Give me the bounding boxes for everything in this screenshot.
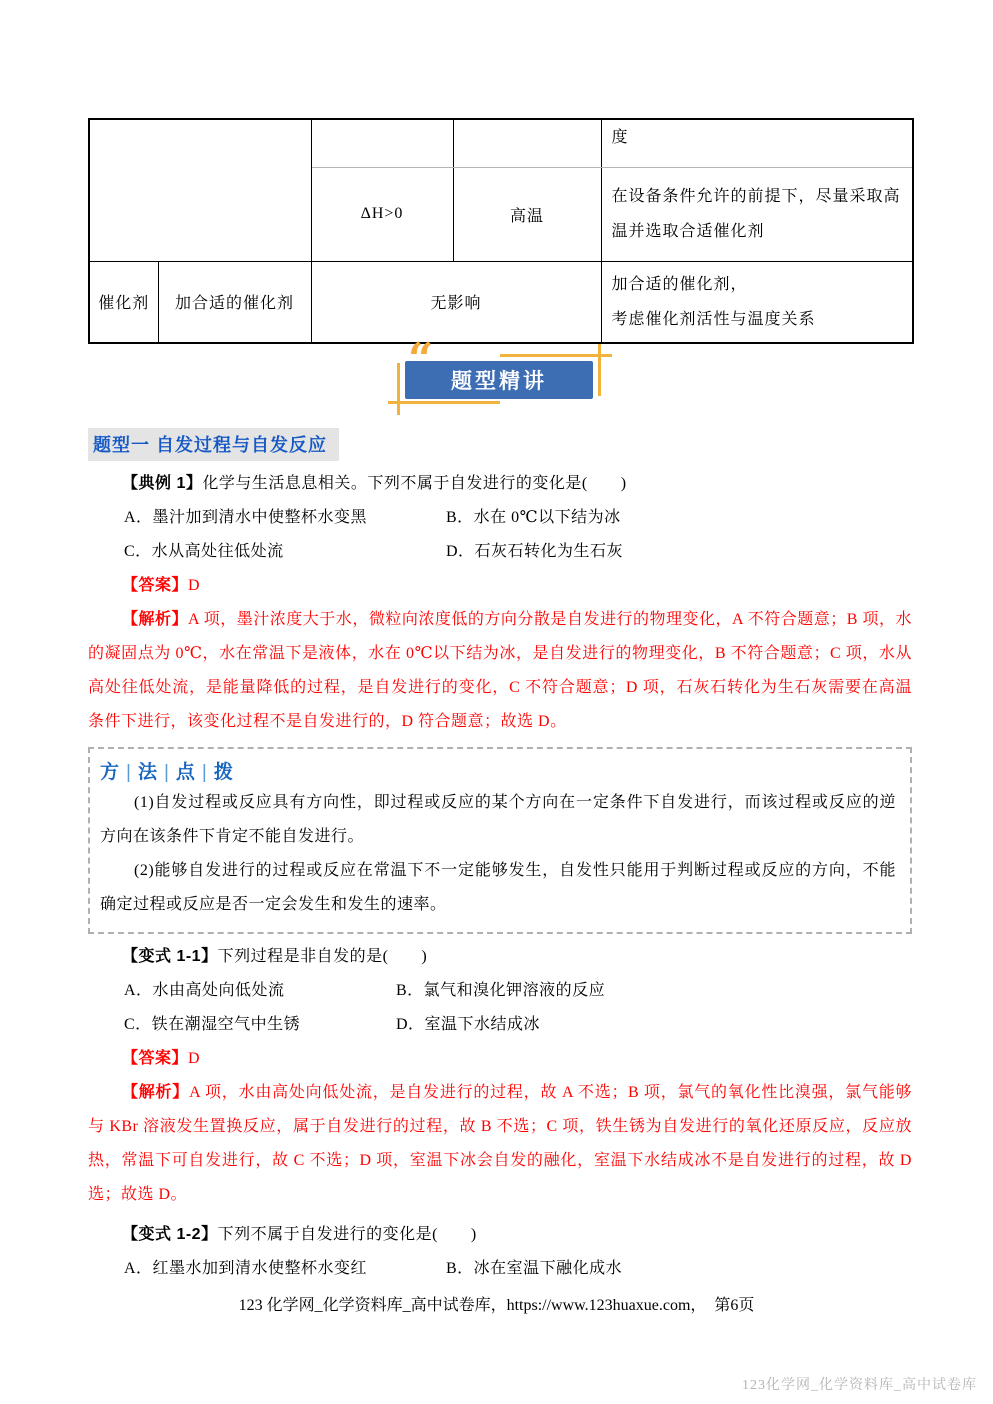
variant12-question-line: 【变式 1-2】下列不属于自发进行的变化是( )	[88, 1218, 912, 1252]
variant11-options-row2: C．铁在潮湿空气中生锈 D．室温下水结成冰	[88, 1008, 912, 1042]
example1-question: 化学与生活息息相关。下列不属于自发进行的变化是( )	[202, 475, 626, 492]
cell-advice-high: 在设备条件允许的前提下，尽量采取高温并选取合适催化剂	[601, 167, 913, 261]
tips-paragraph-2: (2)能够自发进行的过程或反应在常温下不一定能够发生，自发性只能用于判断过程或反…	[100, 854, 896, 922]
banner-line-bottom	[388, 401, 500, 404]
example1-option-b: B．水在 0℃以下结为冰	[446, 501, 621, 535]
cell-high-temp: 高温	[453, 167, 601, 261]
cell-catalyst: 催化剂	[89, 261, 158, 343]
example1-option-c: C．水从高处往低处流	[124, 535, 446, 569]
variant11-answer: D	[188, 1050, 200, 1067]
tips-char-2: 法	[138, 762, 158, 783]
analysis-label: 【解析】	[122, 1084, 189, 1101]
example1-options-row2: C．水从高处往低处流 D．石灰石转化为生石灰	[88, 535, 912, 569]
variant12-question: 下列不属于自发进行的变化是( )	[218, 1226, 477, 1243]
empty-cell	[311, 119, 453, 167]
tips-separator: |	[120, 762, 138, 783]
variant12-label: 【变式 1-2】	[122, 1226, 218, 1243]
tips-char-1: 方	[100, 762, 120, 783]
variant11-option-b: B．氯气和溴化钾溶液的反应	[396, 974, 605, 1008]
catalyst-tip-line1: 加合适的催化剂，	[612, 267, 903, 302]
method-tips-title: 方|法|点|拨	[100, 757, 896, 784]
answer-label: 【答案】	[122, 1050, 188, 1067]
variant11-options-row1: A．水由高处向低处流 B．氯气和溴化钾溶液的反应	[88, 974, 912, 1008]
cell-catalyst-tip: 加合适的催化剂， 考虑催化剂活性与温度关系	[601, 261, 913, 343]
tips-separator: |	[196, 762, 214, 783]
page-content: 度 ΔH>0 高温 在设备条件允许的前提下，尽量采取高温并选取合适催化剂 催化剂…	[88, 118, 912, 1286]
tips-paragraph-1: (1)自发过程或反应具有方向性，即过程或反应的某个方向在一定条件下自发进行，而该…	[100, 786, 896, 854]
empty-cell	[89, 119, 311, 261]
quote-icon: “	[408, 338, 433, 382]
section-banner: 题型精讲 “	[88, 344, 912, 424]
example1-options-row1: A．墨汁加到清水中使整杯水变黑 B．水在 0℃以下结为冰	[88, 501, 912, 535]
banner-title: 题型精讲	[451, 365, 547, 395]
section-heading: 题型一 自发过程与自发反应	[88, 428, 339, 461]
catalyst-tip-line2: 考虑催化剂活性与温度关系	[612, 302, 903, 337]
banner-line-left	[397, 363, 400, 415]
watermark: 123化学网_化学资料库_高中试卷库	[742, 1374, 977, 1394]
variant11-question: 下列过程是非自发的是( )	[218, 948, 428, 965]
cell-dh: ΔH>0	[311, 167, 453, 261]
variant11-option-c: C．铁在潮湿空气中生锈	[124, 1008, 396, 1042]
conditions-table: 度 ΔH>0 高温 在设备条件允许的前提下，尽量采取高温并选取合适催化剂 催化剂…	[88, 118, 914, 344]
variant12-options-row1: A．红墨水加到清水使整杯水变红 B．冰在室温下融化成水	[88, 1252, 912, 1286]
example1-option-a: A．墨汁加到清水中使整杯水变黑	[124, 501, 446, 535]
document-page: 度 ΔH>0 高温 在设备条件允许的前提下，尽量采取高温并选取合适催化剂 催化剂…	[0, 0, 993, 1404]
tips-separator: |	[158, 762, 176, 783]
cell-du: 度	[601, 119, 913, 167]
answer-label: 【答案】	[122, 577, 188, 594]
analysis-label: 【解析】	[122, 611, 188, 628]
page-footer: 123 化学网_化学资料库_高中试卷库，https://www.123huaxu…	[0, 1292, 993, 1315]
variant11-option-d: D．室温下水结成冰	[396, 1008, 540, 1042]
example1-analysis-line: 【解析】A 项，墨汁浓度大于水，微粒向浓度低的方向分散是自发进行的物理变化，A …	[88, 603, 912, 739]
tips-char-4: 拨	[214, 762, 234, 783]
tips-char-3: 点	[176, 762, 196, 783]
variant12-option-b: B．冰在室温下融化成水	[446, 1252, 622, 1286]
banner-line-top	[500, 354, 612, 357]
example1-answer: D	[188, 577, 200, 594]
variant11-label: 【变式 1-1】	[122, 948, 218, 965]
example1-label: 【典例 1】	[122, 475, 202, 492]
example1-option-d: D．石灰石转化为生石灰	[446, 535, 623, 569]
variant12-option-a: A．红墨水加到清水使整杯水变红	[124, 1252, 446, 1286]
example1-analysis: A 项，墨汁浓度大于水，微粒向浓度低的方向分散是自发进行的物理变化，A 不符合题…	[88, 611, 912, 730]
empty-cell	[453, 119, 601, 167]
variant11-analysis-line: 【解析】A 项，水由高处向低处流，是自发进行的过程，故 A 不选；B 项，氯气的…	[88, 1076, 912, 1212]
example1-answer-line: 【答案】D	[88, 569, 912, 603]
cell-add-catalyst: 加合适的催化剂	[158, 261, 311, 343]
variant11-option-a: A．水由高处向低处流	[124, 974, 396, 1008]
cell-no-effect: 无影响	[311, 261, 601, 343]
table-row: 度	[89, 119, 913, 167]
table-row: 催化剂 加合适的催化剂 无影响 加合适的催化剂， 考虑催化剂活性与温度关系	[89, 261, 913, 343]
method-tips-box: 方|法|点|拨 (1)自发过程或反应具有方向性，即过程或反应的某个方向在一定条件…	[88, 747, 912, 934]
banner-line-right	[598, 344, 601, 396]
variant11-answer-line: 【答案】D	[88, 1042, 912, 1076]
variant11-analysis: A 项，水由高处向低处流，是自发进行的过程，故 A 不选；B 项，氯气的氧化性比…	[88, 1084, 912, 1203]
example1-question-line: 【典例 1】化学与生活息息相关。下列不属于自发进行的变化是( )	[88, 467, 912, 501]
variant11-question-line: 【变式 1-1】下列过程是非自发的是( )	[88, 940, 912, 974]
